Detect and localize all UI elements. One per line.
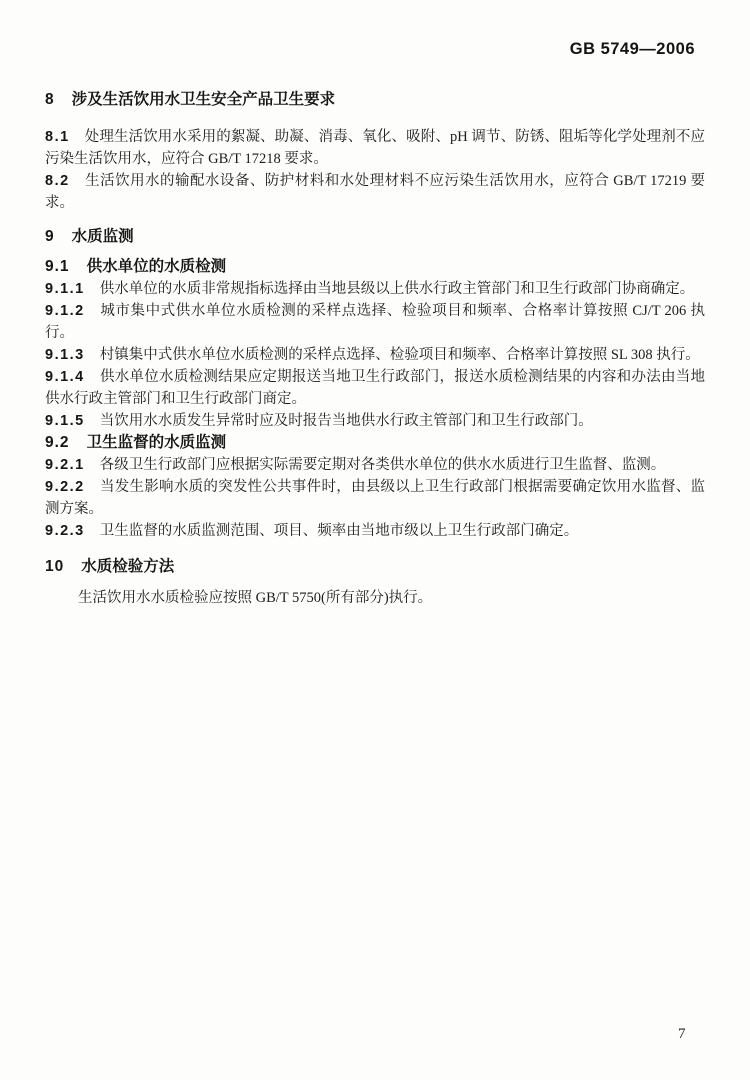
section-number: 8 bbox=[45, 91, 55, 108]
clause-text: 生活饮用水的输配水设备、防护材料和水处理材料不应污染生活饮用水，应符合 GB/T… bbox=[45, 173, 705, 211]
clause-10-body: 生活饮用水水质检验应按照 GB/T 5750(所有部分)执行。 bbox=[45, 587, 705, 609]
section-number: 9.2 bbox=[45, 434, 70, 451]
document-body: 8涉及生活饮用水卫生安全产品卫生要求 8.1处理生活饮用水采用的絮凝、助凝、消毒… bbox=[45, 89, 705, 609]
clause-9-2-2: 9.2.2当发生影响水质的突发性公共事件时，由县级以上卫生行政部门根据需要确定饮… bbox=[45, 476, 705, 520]
clause-text: 城市集中式供水单位水质检测的采样点选择、检验项目和频率、合格率计算按照 CJ/T… bbox=[45, 303, 705, 341]
document-code: GB 5749—2006 bbox=[570, 40, 695, 59]
clause-number: 9.2.2 bbox=[45, 479, 85, 495]
section-10-heading: 10水质检验方法 bbox=[45, 556, 705, 578]
section-9-1-heading: 9.1供水单位的水质检测 bbox=[45, 256, 705, 278]
section-9-2-heading: 9.2卫生监督的水质监测 bbox=[45, 432, 705, 454]
section-title: 水质检验方法 bbox=[81, 558, 174, 575]
section-number: 10 bbox=[45, 558, 64, 575]
clause-text: 供水单位水质检测结果应定期报送当地卫生行政部门，报送水质检测结果的内容和办法由当… bbox=[45, 369, 705, 407]
page-number: 7 bbox=[678, 1026, 686, 1043]
clause-number: 9.1.2 bbox=[45, 303, 85, 319]
clause-number: 9.1.1 bbox=[45, 281, 85, 297]
section-title: 水质监测 bbox=[72, 228, 134, 245]
clause-9-1-4: 9.1.4供水单位水质检测结果应定期报送当地卫生行政部门，报送水质检测结果的内容… bbox=[45, 366, 705, 410]
clause-number: 9.1.5 bbox=[45, 413, 85, 429]
clause-number: 8.2 bbox=[45, 173, 70, 189]
clause-text: 当发生影响水质的突发性公共事件时，由县级以上卫生行政部门根据需要确定饮用水监督、… bbox=[45, 479, 705, 517]
clause-9-1-1: 9.1.1供水单位的水质非常规指标选择由当地县级以上供水行政主管部门和卫生行政部… bbox=[45, 278, 705, 300]
section-number: 9.1 bbox=[45, 258, 70, 275]
clause-9-1-2: 9.1.2城市集中式供水单位水质检测的采样点选择、检验项目和频率、合格率计算按照… bbox=[45, 300, 705, 344]
clause-8-1: 8.1处理生活饮用水采用的絮凝、助凝、消毒、氧化、吸附、pH 调节、防锈、阻垢等… bbox=[45, 126, 705, 170]
clause-number: 8.1 bbox=[45, 129, 70, 145]
clause-9-2-3: 9.2.3卫生监督的水质监测范围、项目、频率由当地市级以上卫生行政部门确定。 bbox=[45, 520, 705, 542]
clause-number: 9.2.3 bbox=[45, 523, 85, 539]
clause-text: 当饮用水水质发生异常时应及时报告当地供水行政主管部门和卫生行政部门。 bbox=[100, 413, 593, 429]
clause-text: 供水单位的水质非常规指标选择由当地县级以上供水行政主管部门和卫生行政部门协商确定… bbox=[100, 281, 695, 297]
section-title: 卫生监督的水质监测 bbox=[87, 434, 227, 451]
clause-8-2: 8.2生活饮用水的输配水设备、防护材料和水处理材料不应污染生活饮用水，应符合 G… bbox=[45, 170, 705, 214]
clause-text: 村镇集中式供水单位水质检测的采样点选择、检验项目和频率、合格率计算按照 SL 3… bbox=[100, 347, 700, 363]
clause-text: 处理生活饮用水采用的絮凝、助凝、消毒、氧化、吸附、pH 调节、防锈、阻垢等化学处… bbox=[45, 129, 705, 167]
clause-number: 9.1.4 bbox=[45, 369, 85, 385]
section-number: 9 bbox=[45, 228, 55, 245]
section-title: 供水单位的水质检测 bbox=[87, 258, 227, 275]
clause-9-1-3: 9.1.3村镇集中式供水单位水质检测的采样点选择、检验项目和频率、合格率计算按照… bbox=[45, 344, 705, 366]
clause-text: 卫生监督的水质监测范围、项目、频率由当地市级以上卫生行政部门确定。 bbox=[100, 523, 579, 539]
clause-text: 各级卫生行政部门应根据实际需要定期对各类供水单位的供水水质进行卫生监督、监测。 bbox=[100, 457, 666, 473]
section-8-heading: 8涉及生活饮用水卫生安全产品卫生要求 bbox=[45, 89, 705, 111]
clause-9-2-1: 9.2.1各级卫生行政部门应根据实际需要定期对各类供水单位的供水水质进行卫生监督… bbox=[45, 454, 705, 476]
section-9-heading: 9水质监测 bbox=[45, 226, 705, 248]
section-title: 涉及生活饮用水卫生安全产品卫生要求 bbox=[72, 91, 336, 108]
clause-9-1-5: 9.1.5当饮用水水质发生异常时应及时报告当地供水行政主管部门和卫生行政部门。 bbox=[45, 410, 705, 432]
clause-number: 9.2.1 bbox=[45, 457, 85, 473]
document-page: GB 5749—2006 8涉及生活饮用水卫生安全产品卫生要求 8.1处理生活饮… bbox=[0, 0, 750, 1080]
clause-text: 生活饮用水水质检验应按照 GB/T 5750(所有部分)执行。 bbox=[78, 590, 432, 606]
clause-number: 9.1.3 bbox=[45, 347, 85, 363]
